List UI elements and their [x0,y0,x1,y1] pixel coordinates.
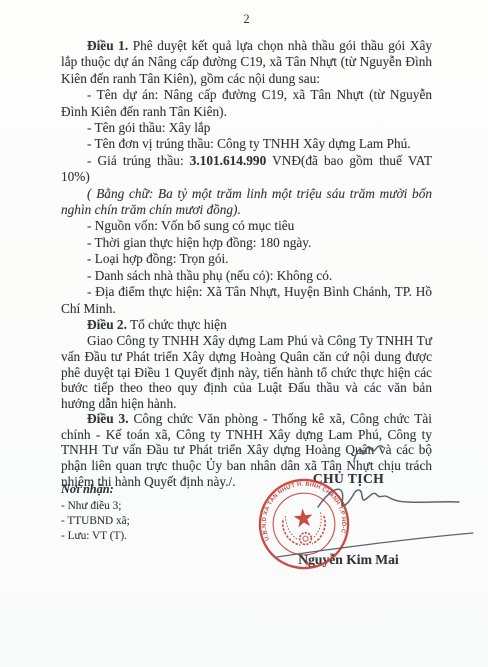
detail-winning-contractor: - Tên đơn vị trúng thầu: Công ty TNHH Xâ… [61,136,432,152]
scanned-document-page: 2 Điều 1. Phê duyệt kết quả lựa chọn nhà… [0,0,488,667]
detail-location: - Địa điểm thực hiện: Xã Tân Nhựt, Huyện… [61,284,432,317]
article-1-paragraph: Điều 1. Phê duyệt kết quả lựa chọn nhà t… [61,38,432,87]
detail-contract-duration: - Thời gian thực hiện hợp đồng: 180 ngày… [61,235,432,251]
article-2-label: Điều 2. [87,317,127,332]
page-number: 2 [61,12,432,27]
seal-outer-ring [257,477,351,571]
detail-package-name: - Tên gói thầu: Xây lắp [61,120,432,136]
recipient-item: - Như điều 3; [61,499,211,514]
amount-in-words: ( Bằng chữ: Ba tỷ một trăm linh một triệ… [61,186,432,219]
document-body: 2 Điều 1. Phê duyệt kết quả lựa chọn nhà… [61,12,432,489]
detail-project-name: - Tên dự án: Nâng cấp đường C19, xã Tân … [61,87,432,120]
article-2-heading: Điều 2. Tổ chức thực hiện [61,317,432,333]
price-prefix: - Giá trúng thầu: [87,153,190,168]
recipients-block: Nơi nhận: - Như điều 3; - TTUBND xã; - L… [61,482,211,544]
recipient-item: - Lưu: VT (T). [61,529,211,544]
seal-icon: U.B.N.D XÃ TÂN NHỰT H. BÌNH CHÁNH T.P HỒ… [257,477,351,571]
official-red-seal: U.B.N.D XÃ TÂN NHỰT H. BÌNH CHÁNH T.P HỒ… [257,477,351,571]
recipient-item: - TTUBND xã; [61,514,211,529]
detail-contract-type: - Loại hợp đồng: Trọn gói. [61,251,432,267]
recipients-heading: Nơi nhận: [61,482,211,497]
price-amount: 3.101.614.990 [190,153,266,168]
seal-star-separator-icon: ★ [304,559,311,569]
detail-winning-price: - Giá trúng thầu: 3.101.614.990 VNĐ(đã b… [61,153,432,186]
article-2-paragraph: Giao Công ty TNHH Xây dựng Lam Phú và Cô… [61,333,432,411]
article-2-title: Tổ chức thực hiện [127,317,227,332]
detail-subcontractors: - Danh sách nhà thầu phụ (nếu có): Không… [61,268,432,284]
seal-inner-ring [270,490,338,558]
seal-emblem-icon [281,506,327,546]
detail-funding-source: - Nguồn vốn: Vốn bổ sung có mục tiêu [61,218,432,234]
article-1-label: Điều 1. [87,38,128,53]
article-3-label: Điều 3. [87,411,129,426]
